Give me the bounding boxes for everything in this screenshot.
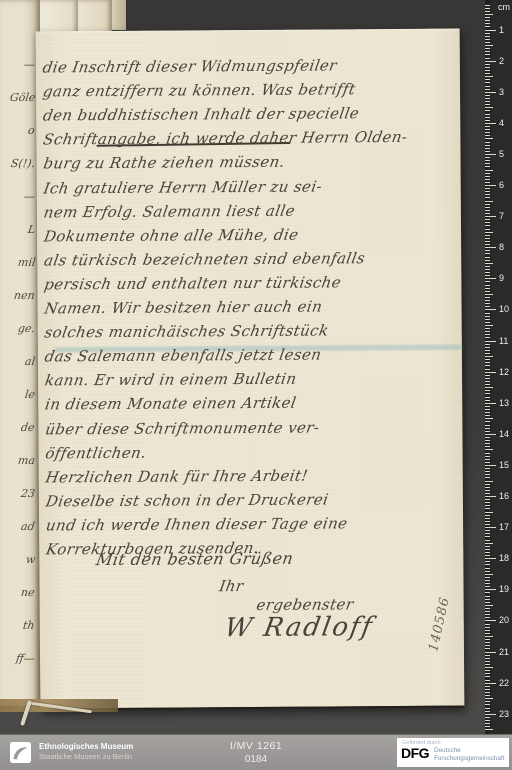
- ruler-tick: [485, 14, 493, 15]
- ruler-tick: [485, 515, 490, 516]
- ruler-tick: [485, 614, 490, 615]
- handwritten-line: ganz entziffern zu können. Was betrifft: [42, 80, 357, 100]
- ruler-tick: [485, 362, 490, 363]
- ruler-tick: [485, 194, 490, 195]
- ruler-number: 21: [499, 647, 509, 657]
- ruler-number: 1: [499, 25, 504, 35]
- ruler-tick: [485, 204, 490, 205]
- ruler-tick: [485, 387, 493, 388]
- ruler-number: 7: [499, 211, 504, 221]
- ruler-tick: [485, 692, 490, 693]
- ruler-tick: [485, 114, 490, 115]
- ruler-tick: [485, 577, 490, 578]
- ruler-tick: [485, 561, 490, 562]
- ruler-tick: [485, 272, 490, 273]
- ruler-number: 12: [499, 367, 509, 377]
- ruler-tick: [485, 101, 490, 102]
- ruler-tick: [485, 711, 490, 712]
- ruler-tick: [485, 508, 490, 509]
- letter-page: 140586 die Inschrift dieser Widmungspfei…: [36, 29, 465, 711]
- ruler-tick: [485, 729, 493, 730]
- ruler-tick: [485, 148, 490, 149]
- ruler-tick: [485, 163, 490, 164]
- ruler-tick: [485, 201, 493, 202]
- ruler-tick: [485, 686, 490, 687]
- ruler-tick: [485, 160, 490, 161]
- dfg-logo: DFG: [401, 746, 429, 760]
- ruler-tick: [485, 45, 493, 46]
- ruler-number: 4: [499, 118, 504, 128]
- ruler-tick: [485, 611, 490, 612]
- ruler-tick: [485, 701, 490, 702]
- handwritten-line: Namen. Wir besitzen hier auch ein: [43, 297, 324, 317]
- previous-page-fragment: L: [27, 223, 36, 236]
- ruler-tick: [485, 428, 490, 429]
- ruler-tick: [485, 54, 490, 55]
- funder-name: Deutsche Forschungsgemeinschaft: [434, 746, 504, 763]
- ruler-tick: [485, 170, 493, 171]
- previous-page-fragment: ge.: [17, 322, 36, 335]
- ruler-tick: [485, 191, 490, 192]
- ruler-tick: [485, 58, 490, 59]
- ruler-tick: [485, 717, 490, 718]
- ruler-number: 3: [499, 87, 504, 97]
- ruler-tick: [485, 667, 493, 668]
- ruler-tick: [485, 253, 490, 254]
- ruler-tick: [485, 197, 490, 198]
- ruler-tick: [485, 263, 493, 264]
- handwritten-line: persisch und enthalten nur türkische: [43, 273, 343, 293]
- previous-page-fragment: th: [23, 619, 36, 632]
- ruler-tick: [485, 465, 496, 466]
- ruler-tick: [485, 456, 490, 457]
- ruler-tick: [485, 176, 490, 177]
- ruler-tick: [485, 505, 490, 506]
- ruler-tick: [485, 356, 493, 357]
- ruler-tick: [485, 620, 496, 621]
- ruler-tick: [485, 129, 490, 130]
- ruler-tick: [485, 344, 490, 345]
- ruler-tick: [485, 334, 490, 335]
- ruler-tick: [485, 484, 490, 485]
- ruler-tick: [485, 306, 490, 307]
- ruler-tick: [485, 608, 490, 609]
- ruler-tick: [485, 266, 490, 267]
- ruler-tick: [485, 589, 496, 590]
- ruler-tick: [485, 213, 490, 214]
- ruler-tick: [485, 135, 490, 136]
- ruler-tick: [485, 723, 490, 724]
- ruler-tick: [485, 61, 496, 62]
- ruler-tick: [485, 341, 496, 342]
- ruler-tick: [485, 33, 490, 34]
- ruler-tick: [485, 546, 490, 547]
- ruler-tick: [485, 207, 490, 208]
- previous-page-fragment: al: [24, 355, 36, 368]
- ruler-tick: [485, 26, 490, 27]
- ruler-tick: [485, 474, 490, 475]
- ruler-tick: [485, 381, 490, 382]
- ruler-number: 19: [499, 584, 509, 594]
- signature: W Radloff: [222, 612, 376, 643]
- previous-page-fragment: o: [27, 124, 35, 137]
- ruler-tick: [485, 664, 490, 665]
- previous-page-fragment: S(!).: [10, 157, 36, 170]
- ruler-tick: [485, 698, 493, 699]
- ruler-tick: [485, 39, 490, 40]
- handwritten-line: nem Erfolg. Salemann liest alle: [42, 201, 296, 221]
- previous-page-fragment: nen: [13, 289, 36, 302]
- handwritten-line: Schriftangabe, ich werde daher Herrn Old…: [42, 128, 409, 149]
- ruler-tick: [485, 481, 493, 482]
- ruler-tick: [485, 527, 496, 528]
- ruler-tick: [485, 319, 490, 320]
- ruler-tick: [485, 82, 490, 83]
- ruler-tick: [485, 652, 496, 653]
- ruler-number: 22: [499, 678, 509, 688]
- handwritten-line: burg zu Rathe ziehen müssen.: [42, 153, 286, 173]
- ruler-tick: [485, 636, 493, 637]
- handwritten-line: solches manichäisches Schriftstück: [43, 322, 330, 342]
- ruler-tick: [485, 403, 496, 404]
- previous-page-fragment: —: [23, 58, 36, 71]
- ruler-tick: [485, 145, 490, 146]
- ruler-tick: [485, 443, 490, 444]
- ruler-tick: [485, 347, 490, 348]
- ruler-tick: [485, 325, 493, 326]
- ruler-tick: [485, 446, 490, 447]
- ruler-tick: [485, 524, 490, 525]
- ruler-tick: [485, 627, 490, 628]
- ruler-tick: [485, 291, 490, 292]
- paper-stack-edge: [112, 0, 126, 30]
- ruler-number: 13: [499, 398, 509, 408]
- ruler-number: 14: [499, 429, 509, 439]
- ruler-tick: [485, 365, 490, 366]
- ruler-tick: [485, 592, 490, 593]
- handwritten-line: Dokumente ohne alle Mühe, die: [43, 225, 300, 245]
- ruler-tick: [485, 257, 490, 258]
- ruler-tick: [485, 151, 490, 152]
- ruler-tick: [485, 92, 496, 93]
- ruler-tick: [485, 695, 490, 696]
- ruler-tick: [485, 670, 490, 671]
- ruler-tick: [485, 574, 493, 575]
- handwritten-line: über diese Schriftmonumente ver-: [44, 418, 321, 438]
- ruler-tick: [485, 288, 490, 289]
- ruler-tick: [485, 123, 496, 124]
- ruler-tick: [485, 683, 496, 684]
- ruler-tick: [485, 235, 490, 236]
- ruler-tick: [485, 648, 490, 649]
- ruler-tick: [485, 300, 490, 301]
- handwritten-line: Dieselbe ist schon in der Druckerei: [44, 490, 330, 510]
- ruler-tick: [485, 468, 490, 469]
- ruler-tick: [485, 328, 490, 329]
- ruler-tick: [485, 89, 490, 90]
- ruler-tick: [485, 372, 496, 373]
- ruler-tick: [485, 602, 490, 603]
- ruler-tick: [485, 17, 490, 18]
- ruler-tick: [485, 418, 493, 419]
- ruler-tick: [485, 378, 490, 379]
- ruler-tick: [485, 530, 490, 531]
- ruler-tick: [485, 185, 496, 186]
- ruler-tick: [485, 400, 490, 401]
- ruler-number: 10: [499, 304, 509, 314]
- ruler-tick: [485, 487, 490, 488]
- ruler-tick: [485, 421, 490, 422]
- ruler-tick: [485, 552, 490, 553]
- ruler-number: 9: [499, 273, 504, 283]
- handwritten-line: in diesem Monate einen Artikel: [44, 394, 298, 414]
- previous-page-edge: —GöleoS(!).—Lmilnenge.alledema23adwnethf…: [0, 0, 40, 706]
- previous-page-fragment: de: [21, 421, 36, 434]
- previous-page-fragment: mil: [17, 256, 36, 269]
- ruler-tick: [485, 76, 493, 77]
- closing-line: ergebenster: [255, 595, 355, 614]
- ruler-tick: [485, 350, 490, 351]
- ruler-tick: [485, 708, 490, 709]
- ruler-tick: [485, 216, 496, 217]
- ruler-tick: [485, 639, 490, 640]
- ruler-tick: [485, 126, 490, 127]
- ruler-tick: [485, 512, 493, 513]
- handwritten-line: den buddhistischen Inhalt der specielle: [42, 104, 361, 124]
- ruler-tick: [485, 633, 490, 634]
- ruler-tick: [485, 642, 490, 643]
- ruler-tick: [485, 5, 490, 6]
- ruler-tick: [485, 689, 490, 690]
- ruler-tick: [485, 412, 490, 413]
- ruler-tick: [485, 384, 490, 385]
- ruler-tick: [485, 390, 490, 391]
- scan-viewport: —GöleoS(!).—Lmilnenge.alledema23adwnethf…: [0, 0, 512, 770]
- ruler-tick: [485, 459, 490, 460]
- ruler-number: 11: [499, 336, 508, 346]
- handwritten-line: Ich gratuliere Herrn Müller zu sei-: [42, 177, 323, 197]
- ruler-tick: [485, 232, 493, 233]
- ruler-tick: [485, 533, 490, 534]
- handwritten-line: als türkisch bezeichneten sind ebenfalls: [43, 249, 367, 269]
- ruler-tick: [485, 188, 490, 189]
- ruler-tick: [485, 98, 490, 99]
- footer-bar: Ethnologisches Museum Staatliche Museen …: [0, 734, 512, 770]
- ruler-tick: [485, 571, 490, 572]
- ruler-tick: [485, 353, 490, 354]
- ruler-tick: [485, 586, 490, 587]
- ruler-tick: [485, 11, 490, 12]
- previous-page-fragment: 23: [20, 487, 36, 500]
- ruler-tick: [485, 714, 496, 715]
- ruler-tick: [485, 241, 490, 242]
- closing-line: Mit den besten Grüßen: [95, 549, 295, 569]
- ruler-tick: [485, 496, 496, 497]
- ruler-tick: [485, 30, 496, 31]
- previous-page-fragment: le: [24, 388, 36, 401]
- ruler-tick: [485, 23, 490, 24]
- ruler-tick: [485, 173, 490, 174]
- previous-page-fragment: ff—: [15, 652, 36, 665]
- previous-page-fragment: w: [25, 553, 36, 566]
- ruler-tick: [485, 425, 490, 426]
- ruler-number: 20: [499, 615, 509, 625]
- ruler-tick: [485, 67, 490, 68]
- ruler-tick: [485, 617, 490, 618]
- ruler-tick: [485, 316, 490, 317]
- ruler-tick: [485, 303, 490, 304]
- ruler-tick: [485, 493, 490, 494]
- ruler-tick: [485, 543, 493, 544]
- ruler-tick: [485, 138, 493, 139]
- ruler-number: 5: [499, 149, 504, 159]
- ruler-tick: [485, 655, 490, 656]
- ruler-tick: [485, 120, 490, 121]
- ruler-number: 16: [499, 491, 509, 501]
- ruler-tick: [485, 490, 490, 491]
- ruler-tick: [485, 73, 490, 74]
- ruler-tick: [485, 375, 490, 376]
- ruler-tick: [485, 42, 490, 43]
- ruler-tick: [485, 564, 490, 565]
- ruler-tick: [485, 397, 490, 398]
- ruler-tick: [485, 79, 490, 80]
- ruler-tick: [485, 278, 496, 279]
- ruler-number: 23: [499, 709, 509, 719]
- ruler-tick: [485, 580, 490, 581]
- ruler-tick: [485, 294, 493, 295]
- ruler-tick: [485, 95, 490, 96]
- ruler-tick: [485, 521, 490, 522]
- ruler-tick: [485, 275, 490, 276]
- ruler-tick: [485, 409, 490, 410]
- ruler-number: 8: [499, 242, 504, 252]
- ruler-tick: [485, 20, 490, 21]
- ruler-tick: [485, 518, 490, 519]
- closing-line: Ihr: [218, 577, 245, 595]
- ruler-tick: [485, 36, 490, 37]
- ruler-tick: [485, 406, 490, 407]
- ruler-tick: [485, 322, 490, 323]
- ruler-number: 18: [499, 553, 509, 563]
- ruler-tick: [485, 359, 490, 360]
- ruler-tick: [485, 250, 490, 251]
- ruler-tick: [485, 238, 490, 239]
- ruler-tick: [485, 225, 490, 226]
- ruler-tick: [485, 477, 490, 478]
- handwritten-line: kann. Er wird in einem Bulletin: [44, 370, 298, 390]
- ruler-tick: [485, 70, 490, 71]
- ruler-tick: [485, 393, 490, 394]
- ruler-tick: [485, 499, 490, 500]
- ruler-tick: [485, 449, 493, 450]
- ruler-tick: [485, 107, 493, 108]
- handwritten-line: öffentlichen.: [44, 443, 148, 462]
- ruler-tick: [485, 48, 490, 49]
- ruler-tick: [485, 437, 490, 438]
- ruler-tick: [485, 331, 490, 332]
- ruler-number: 6: [499, 180, 504, 190]
- ruler-tick: [485, 269, 490, 270]
- ruler-tick: [485, 154, 496, 155]
- ruler-tick: [485, 673, 490, 674]
- ruler-tick: [485, 440, 490, 441]
- ruler-tick: [485, 313, 490, 314]
- ruler-tick: [485, 434, 496, 435]
- ruler-tick: [485, 645, 490, 646]
- ruler-tick: [485, 86, 490, 87]
- ruler-tick: [485, 720, 490, 721]
- ruler-number: 2: [499, 56, 504, 66]
- previous-page-fragment: —: [23, 190, 36, 203]
- ruler-tick: [485, 179, 490, 180]
- previous-page-fragment: ne: [20, 586, 35, 599]
- previous-page-fragment: ad: [20, 520, 35, 533]
- ruler-tick: [485, 630, 490, 631]
- ruler-tick: [485, 726, 490, 727]
- handwritten-line: das Salemann ebenfalls jetzt lesen: [43, 346, 323, 366]
- ruler-tick: [485, 471, 490, 472]
- ruler-tick: [485, 680, 490, 681]
- ruler-tick: [485, 132, 490, 133]
- archival-number: 140586: [427, 595, 454, 653]
- ruler-tick: [485, 104, 490, 105]
- ruler-tick: [485, 281, 490, 282]
- ruler-number: 17: [499, 522, 509, 532]
- ruler-tick: [485, 502, 490, 503]
- ruler-tick: [485, 624, 490, 625]
- ruler-tick: [485, 536, 490, 537]
- ruler-tick: [485, 431, 490, 432]
- ruler-tick: [485, 244, 490, 245]
- ruler-tick: [485, 309, 496, 310]
- ruler-tick: [485, 596, 490, 597]
- ruler-tick: [485, 64, 490, 65]
- handwritten-line: und ich werde Ihnen dieser Tage eine: [45, 514, 349, 534]
- dfg-logo-box: Gefördert durch DFG Deutsche Forschungsg…: [397, 738, 509, 767]
- previous-page-fragment: Göle: [9, 91, 36, 104]
- ruler-tick: [485, 462, 490, 463]
- ruler-number: 15: [499, 460, 509, 470]
- ruler-tick: [485, 599, 490, 600]
- ruler-tick: [485, 549, 490, 550]
- handwritten-line: Herzlichen Dank für Ihre Arbeit!: [44, 466, 309, 486]
- ruler-tick: [485, 676, 490, 677]
- ruler-tick: [485, 415, 490, 416]
- ruler-tick: [485, 555, 490, 556]
- ruler-tick: [485, 219, 490, 220]
- ruler-tick: [485, 540, 490, 541]
- ruler-tick: [485, 229, 490, 230]
- ruler-tick: [485, 605, 493, 606]
- ruler-tick: [485, 704, 490, 705]
- ruler-tick: [485, 658, 490, 659]
- ruler-tick: [485, 157, 490, 158]
- ruler-tick: [485, 117, 490, 118]
- ruler-tick: [485, 337, 490, 338]
- ruler-tick: [485, 222, 490, 223]
- ruler-tick: [485, 297, 490, 298]
- ruler-tick: [485, 51, 490, 52]
- ruler-tick: [485, 558, 496, 559]
- ruler-unit-label: cm: [498, 2, 510, 12]
- ruler-tick: [485, 8, 490, 9]
- ruler-tick: [485, 182, 490, 183]
- ruler-tick: [485, 210, 490, 211]
- ruler-tick: [485, 453, 490, 454]
- ruler-tick: [485, 247, 496, 248]
- ruler-tick: [485, 110, 490, 111]
